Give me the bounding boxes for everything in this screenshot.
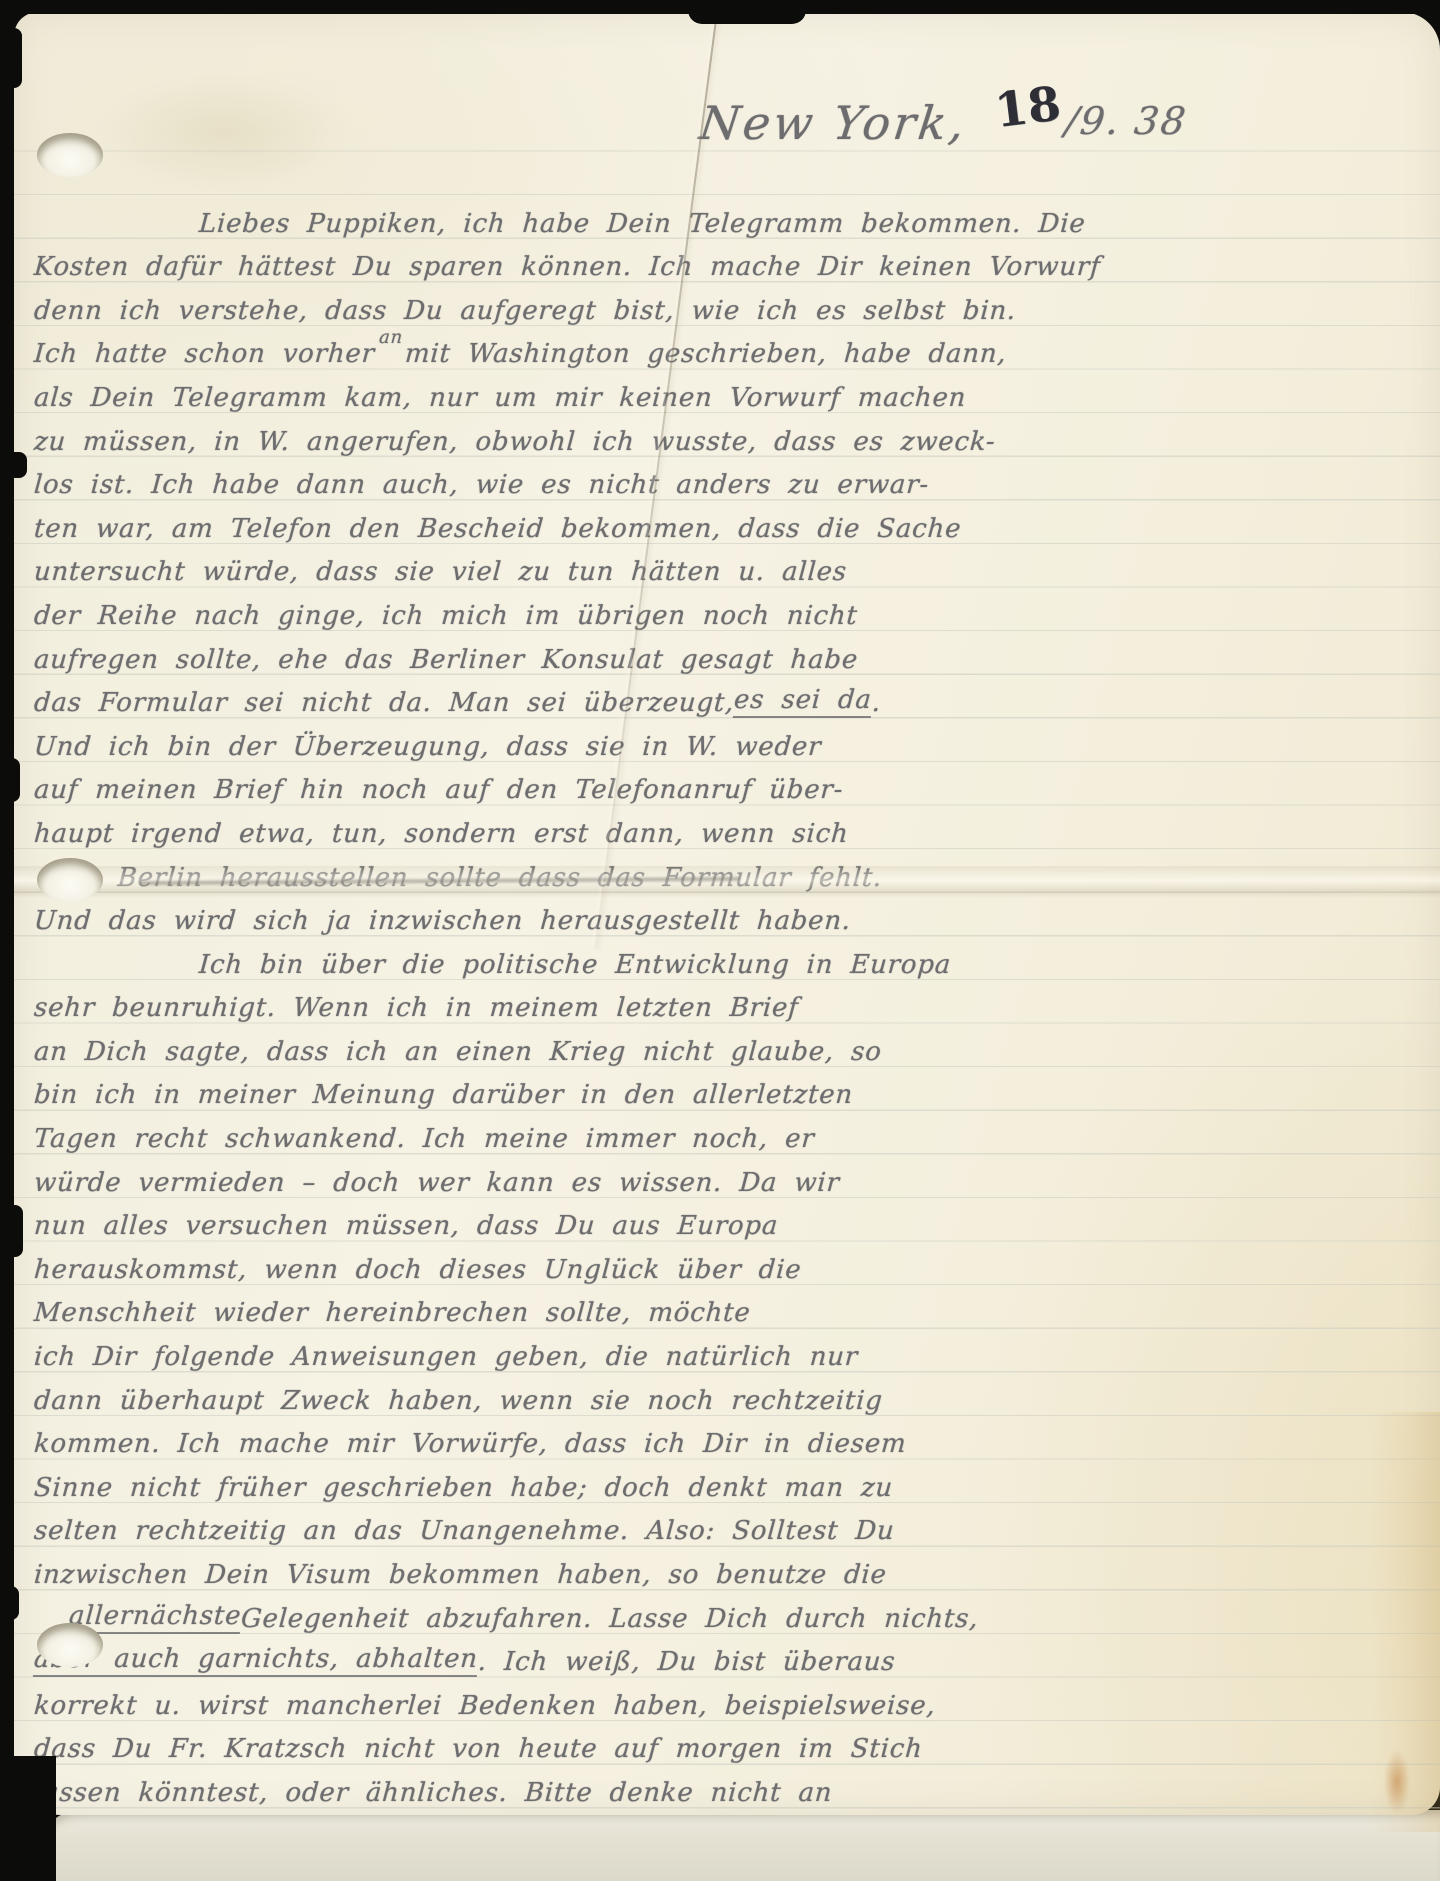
dateline-day: 18 xyxy=(992,76,1064,139)
scan-corner-bottom-left xyxy=(0,1756,56,1881)
letter-text: lassen könntest, oder ähnliches. Bitte d… xyxy=(33,1778,834,1808)
letter-line: Menschheit wieder hereinbrechen sollte, … xyxy=(14,1285,1440,1329)
letter-line: dass Du Fr. Kratzsch nicht von heute auf… xyxy=(14,1721,1440,1765)
letter-line: der Reihe nach ginge, ich mich im übrige… xyxy=(14,587,1440,631)
scan-artifact xyxy=(0,28,22,88)
scan-artifact xyxy=(0,758,20,802)
letter-text: Liebes Puppiken, ich habe Dein Telegramm… xyxy=(198,209,1087,239)
letter-line: Liebes Puppiken, ich habe Dein Telegramm… xyxy=(14,195,1440,239)
letter-text: kommen. Ich mache mir Vorwürfe, dass ich… xyxy=(33,1429,908,1459)
letter-text: sehr beunruhigt. Wenn ich in meinem letz… xyxy=(33,993,800,1023)
letter-text: haupt irgend etwa, tun, sondern erst dan… xyxy=(33,819,850,849)
letter-text: Kosten dafür hättest Du sparen können. I… xyxy=(33,252,1102,282)
scan-artifact xyxy=(0,1586,19,1620)
letter-line: auf meinen Brief hin noch auf den Telefo… xyxy=(14,762,1440,806)
letter-line: korrekt u. wirst mancherlei Bedenken hab… xyxy=(14,1677,1440,1721)
letter-line: los ist. Ich habe dann auch, wie es nich… xyxy=(14,457,1440,501)
sheet-behind xyxy=(40,1810,1440,1881)
letter-text: Ich hatte schon vorher xyxy=(33,339,376,369)
letter-line: Und ich bin der Überzeugung, dass sie in… xyxy=(14,718,1440,762)
letter-text: würde vermieden – doch wer kann es wisse… xyxy=(33,1168,841,1198)
letter-text: . xyxy=(871,688,882,718)
letter-line: nun alles versuchen müssen, dass Du aus … xyxy=(14,1198,1440,1242)
letter-text: an Dich sagte, dass ich an einen Krieg n… xyxy=(33,1037,883,1067)
letter-line: ich Dir folgende Anweisungen geben, die … xyxy=(14,1328,1440,1372)
letter-text: als Dein Telegramm kam, nur um mir keine… xyxy=(33,383,967,413)
letter-text: untersucht würde, dass sie viel zu tun h… xyxy=(33,557,848,587)
letter-text: dann überhaupt Zweck haben, wenn sie noc… xyxy=(33,1386,884,1416)
letter-text: an xyxy=(378,323,404,353)
letter-text: dass Du Fr. Kratzsch nicht von heute auf… xyxy=(33,1734,924,1764)
letter-line: Ich hatte schon vorheran mit Washington … xyxy=(14,326,1440,370)
punch-hole xyxy=(37,858,103,902)
letter-line: selten rechtzeitig an das Unangenehme. A… xyxy=(14,1503,1440,1547)
scan-edge-notch xyxy=(688,0,806,24)
dateline-place: New York, xyxy=(697,96,971,150)
letter-text: Menschheit wieder hereinbrechen sollte, … xyxy=(33,1298,752,1328)
letter-body: Liebes Puppiken, ich habe Dein Telegramm… xyxy=(14,195,1440,1808)
letter-line: lassen könntest, oder ähnliches. Bitte d… xyxy=(14,1764,1440,1808)
letter-line: würde vermieden – doch wer kann es wisse… xyxy=(14,1154,1440,1198)
letter-line: Ich bin über die politische Entwicklung … xyxy=(14,936,1440,980)
letter-line: herauskommst, wenn doch dieses Unglück ü… xyxy=(14,1241,1440,1285)
letter-line: an Dich sagte, dass ich an einen Krieg n… xyxy=(14,1023,1440,1067)
letter-line: bin ich in meiner Meinung darüber in den… xyxy=(14,1067,1440,1111)
letter-text: aufregen sollte, ehe das Berliner Konsul… xyxy=(33,645,859,675)
letter-line: aufregen sollte, ehe das Berliner Konsul… xyxy=(14,631,1440,675)
letter-text: auf meinen Brief hin noch auf den Telefo… xyxy=(33,775,844,805)
letter-text: Und ich bin der Überzeugung, dass sie in… xyxy=(33,732,822,762)
letter-text: Sinne nicht früher geschrieben habe; doc… xyxy=(33,1473,894,1503)
letter-text: allernächste xyxy=(68,1601,243,1634)
letter-line: Sinne nicht früher geschrieben habe; doc… xyxy=(14,1459,1440,1503)
letter-text: los ist. Ich habe dann auch, wie es nich… xyxy=(33,470,930,500)
letter-text: der Reihe nach ginge, ich mich im übrige… xyxy=(33,601,859,631)
letter-line: Und das wird sich ja inzwischen herausge… xyxy=(14,893,1440,937)
letter-line: haupt irgend etwa, tun, sondern erst dan… xyxy=(14,805,1440,849)
letter-line: untersucht würde, dass sie viel zu tun h… xyxy=(14,544,1440,588)
letter-text: zu müssen, in W. angerufen, obwohl ich w… xyxy=(33,427,997,457)
letter-text: denn ich verstehe, dass Du aufgeregt bis… xyxy=(33,296,1017,326)
letter-line: das Formular sei nicht da. Man sei überz… xyxy=(14,675,1440,719)
letter-text: es sei da xyxy=(733,685,873,718)
letter-line: als Dein Telegramm kam, nur um mir keine… xyxy=(14,369,1440,413)
letter-text: ten war, am Telefon den Bescheid bekomme… xyxy=(33,514,962,544)
letter-text: inzwischen Dein Visum bekommen haben, so… xyxy=(33,1560,888,1590)
letter-text: Tagen recht schwankend. Ich meine immer … xyxy=(33,1124,816,1154)
dateline-date: /9. 38 xyxy=(1063,99,1190,143)
scan-artifact xyxy=(0,1205,23,1257)
letter-text: Ich bin über die politische Entwicklung … xyxy=(198,950,952,980)
letter-text: selten rechtzeitig an das Unangenehme. A… xyxy=(33,1516,896,1546)
letter-line: aber auch garnichts, abhalten. Ich weiß,… xyxy=(14,1634,1440,1678)
letter-text: ich Dir folgende Anweisungen geben, die … xyxy=(33,1342,859,1372)
letter-page: New York, 18 /9. 38 Liebes Puppiken, ich… xyxy=(14,12,1440,1815)
letter-text: korrekt u. wirst mancherlei Bedenken hab… xyxy=(33,1691,937,1721)
letter-line: sehr beunruhigt. Wenn ich in meinem letz… xyxy=(14,980,1440,1024)
letter-line: inzwischen Dein Visum bekommen haben, so… xyxy=(14,1546,1440,1590)
punch-hole xyxy=(37,1623,103,1667)
letter-line: kommen. Ich mache mir Vorwürfe, dass ich… xyxy=(14,1416,1440,1460)
letter-line: zu müssen, in W. angerufen, obwohl ich w… xyxy=(14,413,1440,457)
dateline: New York, 18 /9. 38 xyxy=(700,96,1187,151)
letter-line: ten war, am Telefon den Bescheid bekomme… xyxy=(14,500,1440,544)
letter-text: das Formular sei nicht da. Man sei überz… xyxy=(33,688,735,718)
punch-hole xyxy=(37,133,103,177)
stain xyxy=(94,72,354,192)
letter-text: mit Washington geschrieben, habe dann, xyxy=(404,339,1008,369)
letter-text: bin ich in meiner Meinung darüber in den… xyxy=(33,1080,854,1110)
letter-text: nun alles versuchen müssen, dass Du aus … xyxy=(33,1211,779,1241)
letter-text: . Ich weiß, Du bist überaus xyxy=(477,1647,897,1677)
letter-text: Gelegenheit abzufahren. Lasse Dich durch… xyxy=(240,1604,979,1634)
letter-line: Tagen recht schwankend. Ich meine immer … xyxy=(14,1110,1440,1154)
letter-text: Und das wird sich ja inzwischen herausge… xyxy=(33,906,852,936)
letter-line: Kosten dafür hättest Du sparen können. I… xyxy=(14,239,1440,283)
letter-text: herauskommst, wenn doch dieses Unglück ü… xyxy=(33,1255,803,1285)
letter-line: allernächste Gelegenheit abzufahren. Las… xyxy=(14,1590,1440,1634)
scan-artifact xyxy=(0,452,27,478)
letter-line: denn ich verstehe, dass Du aufgeregt bis… xyxy=(14,282,1440,326)
letter-line: dann überhaupt Zweck haben, wenn sie noc… xyxy=(14,1372,1440,1416)
